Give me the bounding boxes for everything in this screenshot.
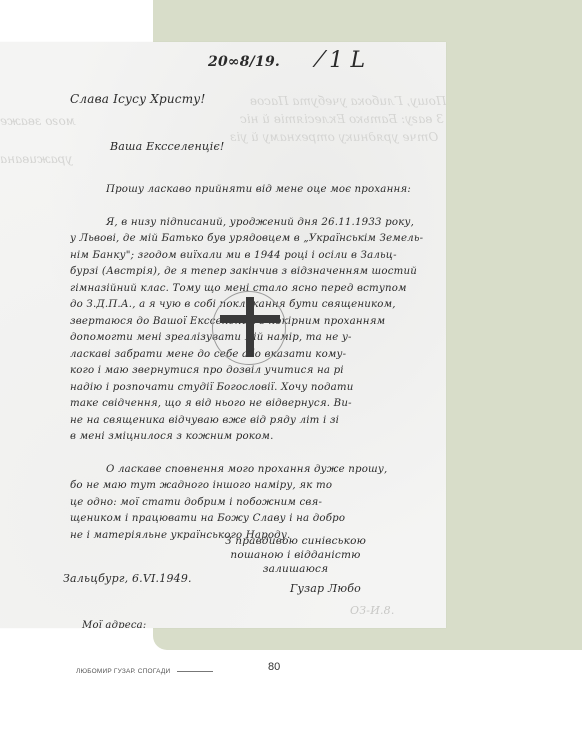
letter-line: нім Банку"; згодом виїхали ми в 1944 роц…	[70, 248, 435, 265]
letter-salutation: Ваша Ексселенціє!	[110, 140, 224, 153]
letter-line: надію і розпочати студії Богословії. Хоч…	[70, 380, 435, 397]
letter-greeting: Слава Ісусу Христу!	[70, 92, 205, 106]
letter-scan-image: Пошу, Глибока учебута Пасов З вагу: Бать…	[0, 42, 446, 628]
margin-mark: ⁄ 1 L	[318, 48, 365, 73]
closing-line: залишаюся	[225, 562, 366, 576]
bleed-through-text: ураживана	[0, 152, 72, 166]
letter-place-date: Зальцбург, 6.VI.1949.	[63, 572, 192, 585]
page-footer: ЛЮБОМИР ГУЗАР. СПОГАДИ	[76, 664, 213, 678]
closing-line: З правдивою синівською	[225, 534, 366, 548]
bleed-through-text: мого зваже	[0, 114, 76, 128]
letter-line: бо не маю тут жадного іншого наміру, як …	[70, 478, 435, 495]
letter-line: О ласкаве сповнення мого прохання дуже п…	[70, 462, 435, 479]
archive-number: 20∞8/19.	[208, 54, 280, 70]
page-number: 80	[268, 661, 280, 673]
bleed-through-text: З вагу: Батько Еклесіятів й ніс	[240, 112, 444, 126]
bleed-through-text: Отче уряднику отрехнаму й уіз	[230, 130, 438, 144]
cross-stamp-icon	[220, 297, 280, 357]
footer-divider	[177, 671, 213, 672]
letter-address-label: Мої адреса:	[82, 620, 146, 628]
letter-line: бурзі (Австрія), де я тепер закінчив з в…	[70, 264, 435, 281]
letter-line: не на священика відчуваю вже від ряду лі…	[70, 413, 435, 430]
bleed-through-text: Пошу, Глибока учебута Пасов	[250, 94, 446, 108]
stamp-note: ОЗ-И.8.	[350, 604, 395, 617]
letter-line: Я, в низу підписаний, уроджений дня 26.1…	[70, 215, 435, 232]
letter-line: таке свідчення, що я від нього не відвер…	[70, 396, 435, 413]
letter-line: щеником і працювати на Божу Славу і на д…	[70, 511, 435, 528]
letter-intro: Прошу ласкаво прийняти від мене оце моє …	[70, 182, 435, 199]
letter-line: в мені зміцнилося з кожним роком.	[70, 429, 435, 446]
letter-line: це одно: мої стати добрим і побожним свя…	[70, 495, 435, 512]
letter-signature: Гузар Любо	[290, 582, 361, 595]
letter-line: у Львові, де мій Батько був урядовцем в …	[70, 231, 435, 248]
letter-closing: З правдивою синівською пошаною і віддані…	[225, 534, 366, 576]
closing-line: пошаною і відданістю	[225, 548, 366, 562]
running-title: ЛЮБОМИР ГУЗАР. СПОГАДИ	[76, 668, 170, 675]
letter-line: кого і маю звернутися про дозвіл учитися…	[70, 363, 435, 380]
